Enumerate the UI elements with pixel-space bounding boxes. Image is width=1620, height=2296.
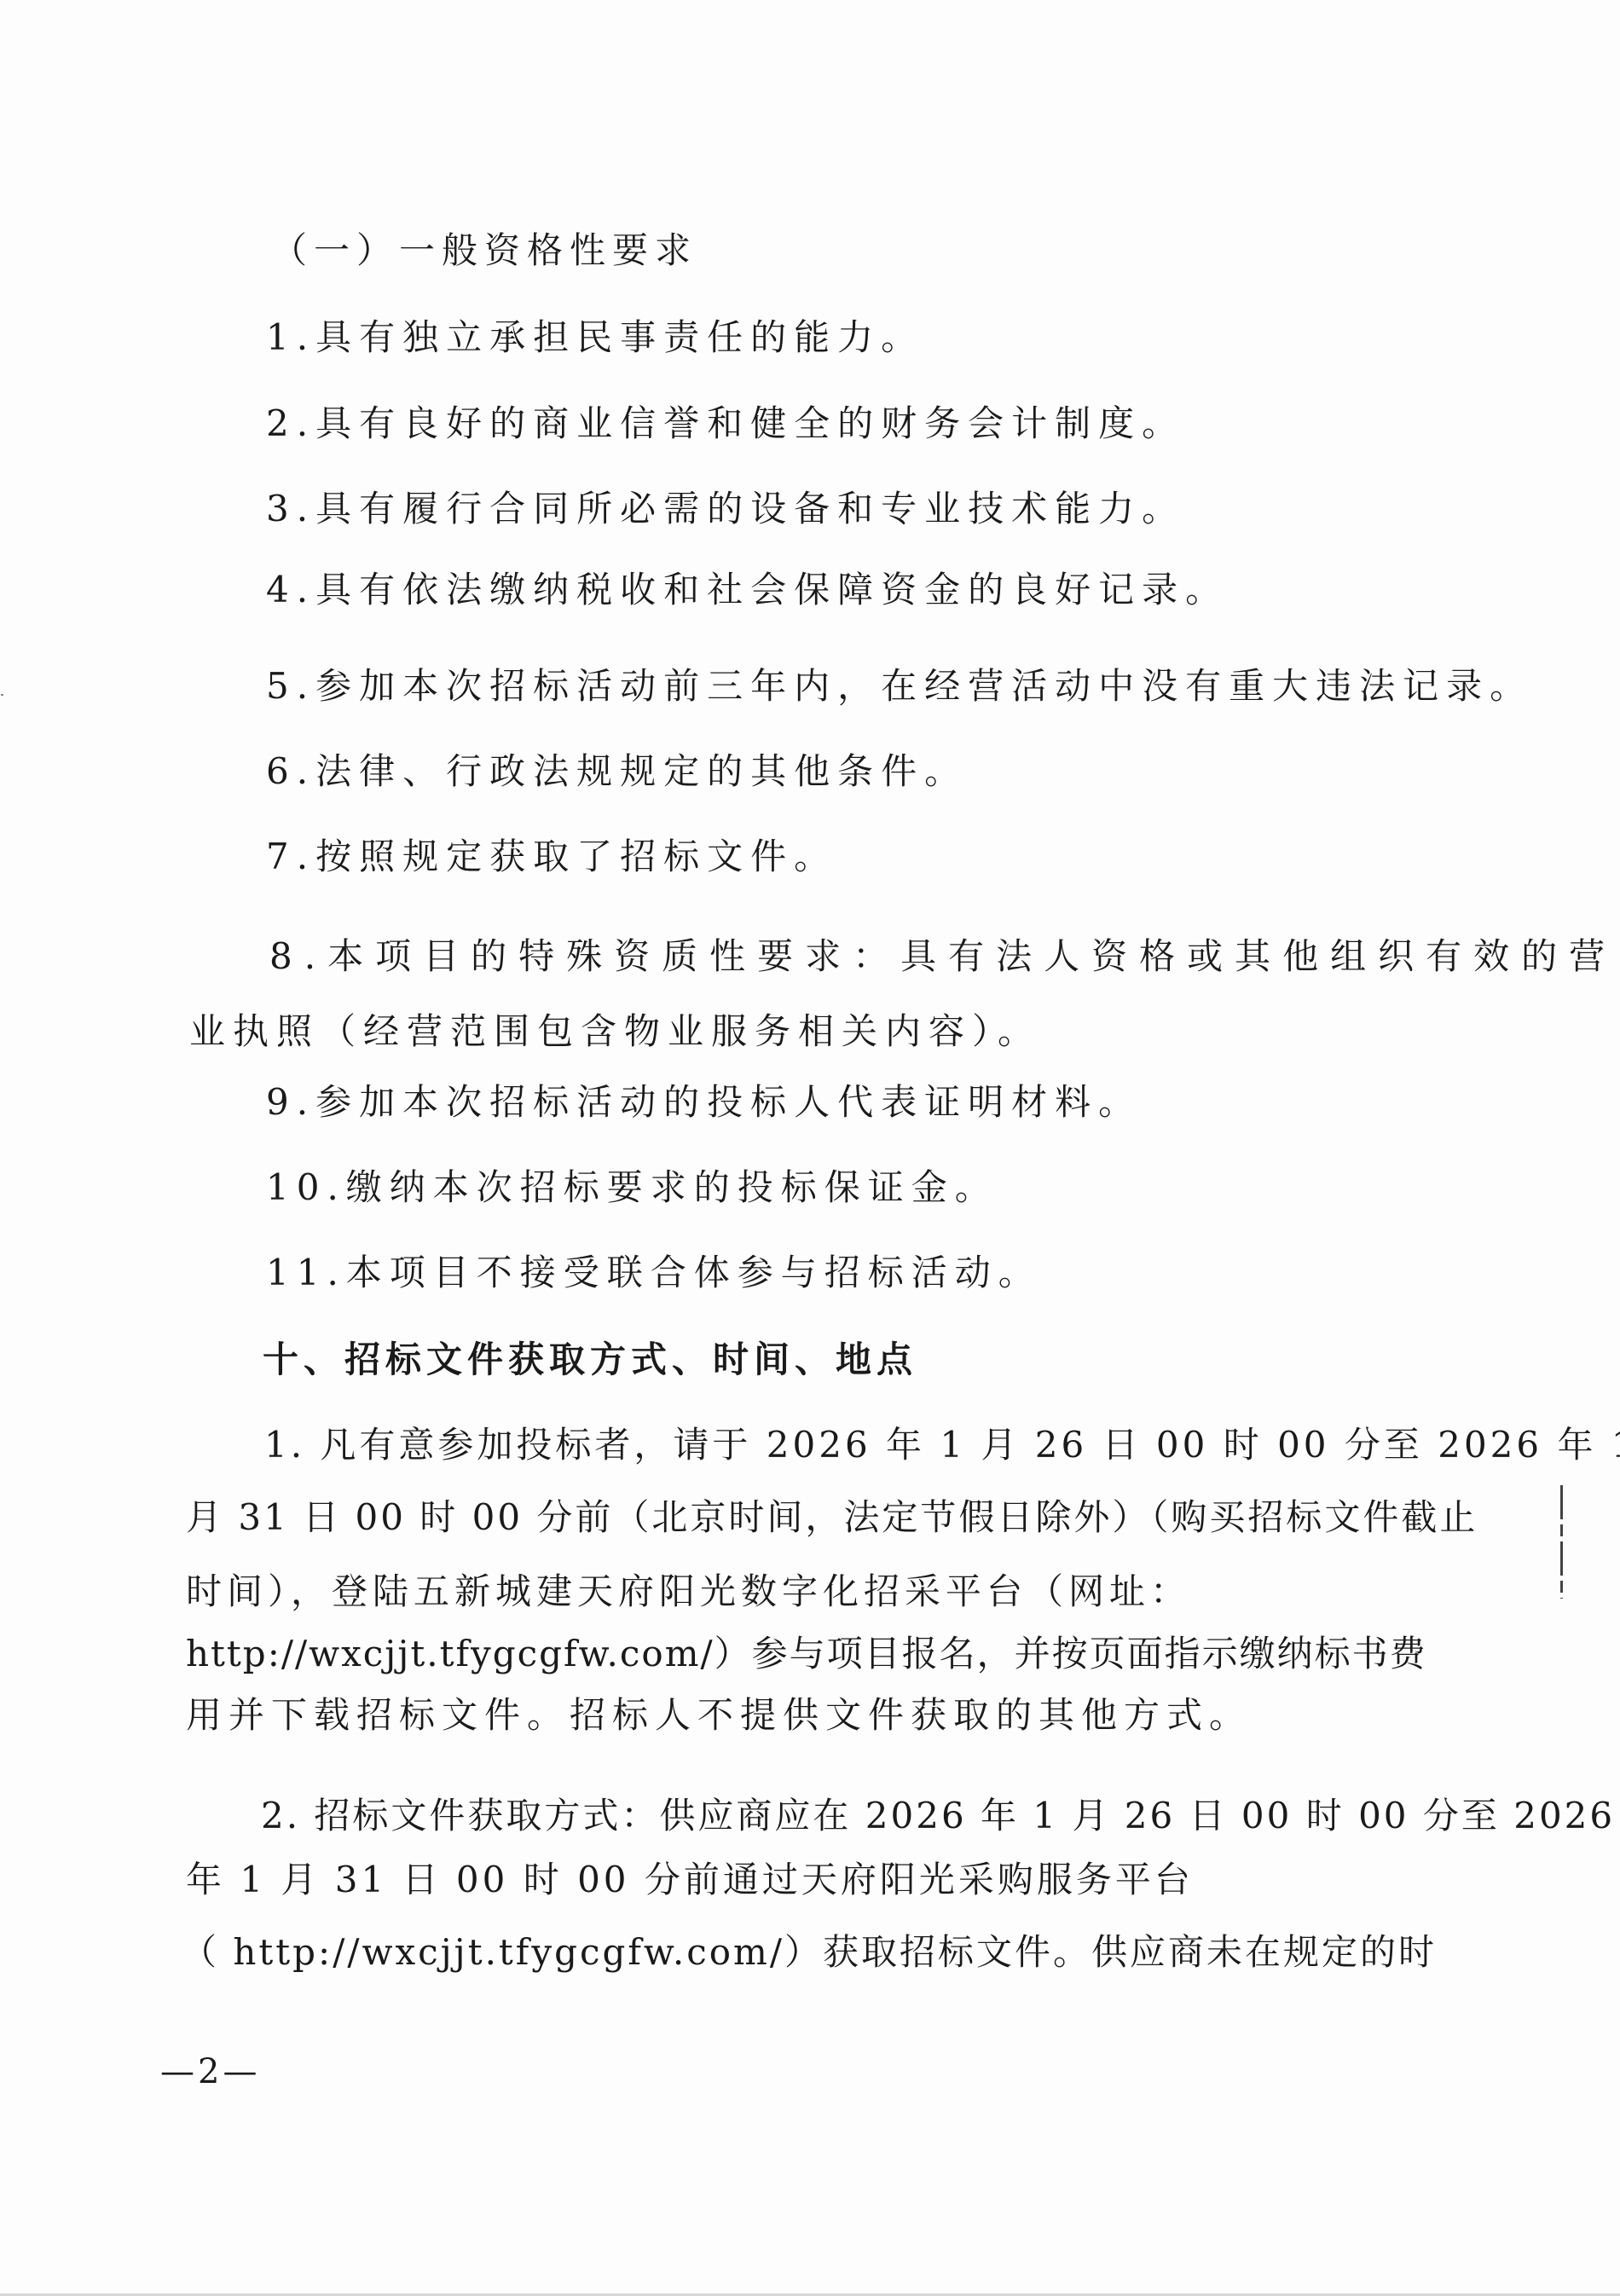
paragraph-2-line-1: 2. 招标文件获取方式：供应商应在 2026 年 1 月 26 日 00 时 0… <box>261 1790 1615 1842</box>
section-heading-bid-document-acquisition: 十、招标文件获取方式、时间、地点 <box>263 1334 917 1385</box>
qualification-item-4: 4.具有依法缴纳税收和社会保障资金的良好记录。 <box>266 564 1229 616</box>
qualification-item-3: 3.具有履行合同所必需的设备和专业技术能力。 <box>266 483 1185 535</box>
paragraph-1-line-3: 时间），登陆五新城建天府阳光数字化招采平台（网址： <box>186 1566 1191 1617</box>
paragraph-2-line-3-url[interactable]: （ http://wxcjjt.tfygcgfw.com/）获取招标文件。供应商… <box>181 1927 1437 1978</box>
qualification-item-5: 5.参加本次招标活动前三年内，在经营活动中没有重大违法记录。 <box>266 661 1533 712</box>
paragraph-2-line-2: 年 1 月 31 日 00 时 00 分前通过天府阳光采购服务平台 <box>186 1854 1194 1906</box>
qualification-item-2: 2.具有良好的商业信誉和健全的财务会计制度。 <box>266 398 1185 449</box>
paragraph-1-line-5: 用并下载招标文件。招标人不提供文件获取的其他方式。 <box>186 1690 1252 1741</box>
document-page: （一）一般资格性要求 1.具有独立承担民事责任的能力。 2.具有良好的商业信誉和… <box>0 0 1620 2296</box>
paragraph-1-line-1: 1. 凡有意参加投标者，请于 2026 年 1 月 26 日 00 时 00 分… <box>264 1420 1620 1471</box>
page-number: —2— <box>160 2050 260 2093</box>
paragraph-1-line-2: 月 31 日 00 时 00 分前（北京时间，法定节假日除外）（购买招标文件截止 <box>186 1492 1478 1543</box>
qualification-item-8-continuation: 业执照（经营范围包含物业服务相关内容）。 <box>189 1006 1041 1057</box>
qualification-item-7: 7.按照规定获取了招标文件。 <box>266 831 837 882</box>
binding-scan-mark <box>1560 1485 1563 1599</box>
qualification-item-8: 8.本项目的特殊资质性要求：具有法人资格或其他组织有效的营 <box>269 931 1617 982</box>
section-heading-general-qualifications: （一）一般资格性要求 <box>271 225 697 276</box>
qualification-item-10: 10.缴纳本次招标要求的投标保证金。 <box>266 1162 998 1213</box>
qualification-item-1: 1.具有独立承担民事责任的能力。 <box>266 312 924 363</box>
qualification-item-11: 11.本项目不接受联合体参与招标活动。 <box>266 1247 1042 1298</box>
qualification-item-9: 9.参加本次招标活动的投标人代表证明材料。 <box>266 1077 1142 1128</box>
qualification-item-6: 6.法律、行政法规规定的其他条件。 <box>266 746 968 797</box>
paragraph-1-line-4-url[interactable]: http://wxcjjt.tfygcgfw.com/）参与项目报名，并按页面指… <box>186 1628 1427 1680</box>
scan-speck <box>1 694 3 696</box>
